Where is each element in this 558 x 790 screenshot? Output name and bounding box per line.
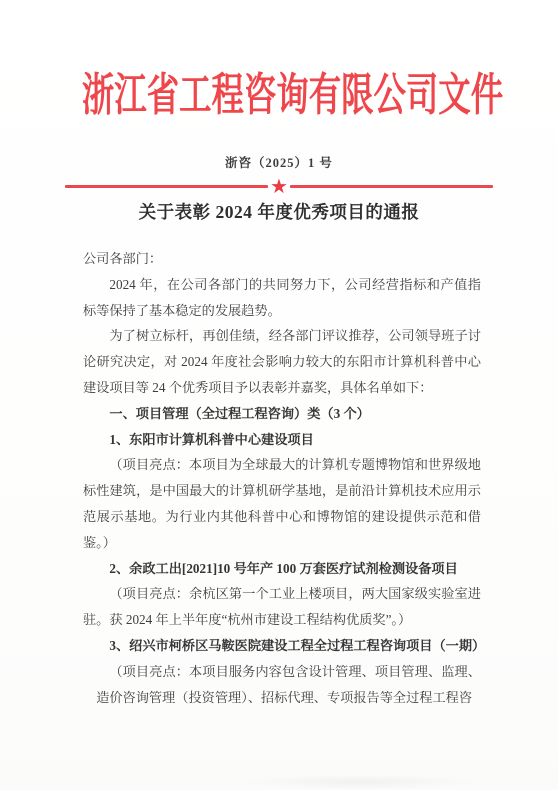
body-paragraph: 为了树立标杆，再创佳绩，经各部门评议推荐，公司领导班子讨论研究决定，对 2024… [83,323,481,400]
red-rule-right-segment [290,185,493,188]
star-icon: ★ [270,177,288,197]
document-page: 浙江省工程咨询有限公司文件 浙咨（2025）1 号 ★ 关于表彰 2024 年度… [0,0,558,790]
body-paragraph: 公司各部门： [83,246,481,272]
body-paragraph: 2024 年，在公司各部门的共同努力下，公司经营指标和产值指标等保持了基本稳定的… [83,272,481,324]
document-body: 公司各部门：2024 年，在公司各部门的共同努力下，公司经营指标和产值指标等保持… [83,246,481,710]
list-heading: 3、绍兴市柯桥区马鞍医院建设工程全过程工程咨询项目（一期） [83,633,481,659]
red-rule-left-segment [65,185,268,188]
scan-shadow-artifact [240,774,480,790]
body-paragraph: （项目亮点：本项目为全球最大的计算机专题博物馆和世界级地标性建筑，是中国最大的计… [83,452,481,555]
doc-number: 浙咨（2025）1 号 [0,153,558,171]
body-paragraph: （项目亮点：余杭区第一个工业上楼项目，两大国家级实验室进驻。获 2024 年上半… [83,581,481,633]
org-masthead: 浙江省工程咨询有限公司文件 [0,70,558,122]
body-paragraph: （项目亮点：本项目服务内容包含设计管理、项目管理、监理、造价咨询管理（投资管理）… [83,659,481,711]
list-heading: 2、余政工出[2021]10 号年产 100 万套医疗试剂检测设备项目 [83,556,481,582]
list-heading: 1、东阳市计算机科普中心建设项目 [83,427,481,453]
red-rule: ★ [65,176,493,197]
doc-title: 关于表彰 2024 年度优秀项目的通报 [0,199,558,224]
list-heading: 一、项目管理（全过程工程咨询）类（3 个） [83,401,481,427]
org-masthead-text: 浙江省工程咨询有限公司文件 [82,70,503,122]
